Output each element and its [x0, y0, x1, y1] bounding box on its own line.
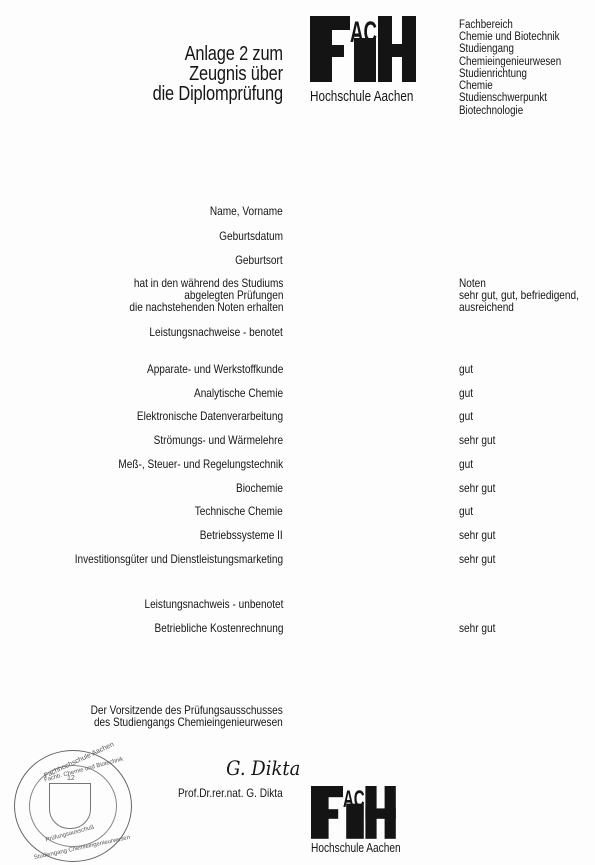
signature: G. Dikta — [226, 756, 300, 780]
crest-icon — [49, 783, 91, 829]
subject-name: Biochemie — [236, 481, 283, 495]
subject-name: Investitionsgüter und Dienstleistungsmar… — [75, 552, 283, 566]
seal-number: 12 — [67, 775, 75, 782]
title-line: die Diplomprüfung — [153, 84, 283, 104]
logo-caption: Hochschule Aachen — [310, 88, 413, 105]
svg-text:AC: AC — [343, 786, 365, 810]
svg-text:AC: AC — [350, 16, 377, 46]
ungraded-subject: Betriebliche Kostenrechnung — [154, 621, 283, 635]
statement-line: die nachstehenden Noten erhalten — [129, 301, 283, 313]
info-line: Chemieingenieurwesen — [459, 56, 561, 68]
subject-grade: gut — [459, 504, 473, 518]
info-line: Studienrichtung — [459, 68, 561, 80]
chair-title: Der Vorsitzende des Prüfungsausschusses … — [91, 704, 283, 728]
subject-grade: gut — [459, 457, 473, 471]
subject-name: Technische Chemie — [195, 504, 283, 518]
subject-grade: sehr gut — [459, 528, 495, 542]
info-line: Chemie — [459, 80, 561, 92]
info-line: Studiengang — [459, 43, 561, 55]
logo-caption-bottom: Hochschule Aachen — [311, 840, 401, 855]
faculty-info: Fachbereich Chemie und Biotechnik Studie… — [459, 19, 561, 118]
chair-line: des Studiengangs Chemieingenieurwesen — [91, 716, 283, 728]
statement: hat in den während des Studiums abgelegt… — [129, 277, 283, 313]
subject-name: Apparate- und Werkstoffkunde — [147, 362, 283, 376]
official-seal: Fachhochschule Aachen Fachb. Chemie und … — [14, 750, 132, 862]
signatory: Prof.Dr.rer.nat. G. Dikta — [178, 786, 283, 800]
subject-name: Analytische Chemie — [194, 386, 283, 400]
grade-scale: Noten sehr gut, gut, befriedigend, ausre… — [459, 277, 579, 313]
subject-grade: gut — [459, 409, 473, 423]
title-line: Zeugnis über — [153, 64, 283, 84]
subject-grade: sehr gut — [459, 552, 495, 566]
info-line: Biotechnologie — [459, 105, 561, 117]
graded-heading: Leistungsnachweise - benotet — [150, 325, 283, 339]
subject-grade: gut — [459, 386, 473, 400]
document-title: Anlage 2 zum Zeugnis über die Diplomprüf… — [153, 44, 283, 104]
birthdate-label: Geburtsdatum — [219, 229, 283, 243]
subject-name: Elektronische Datenverarbeitung — [137, 409, 283, 423]
subject-name: Meß-, Steuer- und Regelungstechnik — [118, 457, 283, 471]
logo-ac-letters: AC — [343, 786, 365, 804]
subject-name: Betriebssysteme II — [200, 528, 283, 542]
info-line: Studienschwerpunkt — [459, 92, 561, 104]
subject-grade: sehr gut — [459, 481, 495, 495]
name-label: Name, Vorname — [210, 204, 283, 218]
subject-grade: sehr gut — [459, 433, 495, 447]
ungraded-grade: sehr gut — [459, 621, 495, 635]
subject-name: Strömungs- und Wärmelehre — [154, 433, 283, 447]
info-line: Chemie und Biotechnik — [459, 31, 561, 43]
info-line: Fachbereich — [459, 19, 561, 31]
subject-grade: gut — [459, 362, 473, 376]
title-line: Anlage 2 zum — [153, 44, 283, 64]
fh-aachen-logo: AC — [310, 16, 416, 88]
logo-ac-letters: AC — [350, 16, 378, 38]
fh-aachen-logo-bottom: AC — [311, 786, 396, 844]
ungraded-heading: Leistungsnachweis - unbenotet — [144, 597, 283, 611]
grade-scale-line: ausreichend — [459, 301, 579, 313]
birthplace-label: Geburtsort — [235, 253, 283, 267]
